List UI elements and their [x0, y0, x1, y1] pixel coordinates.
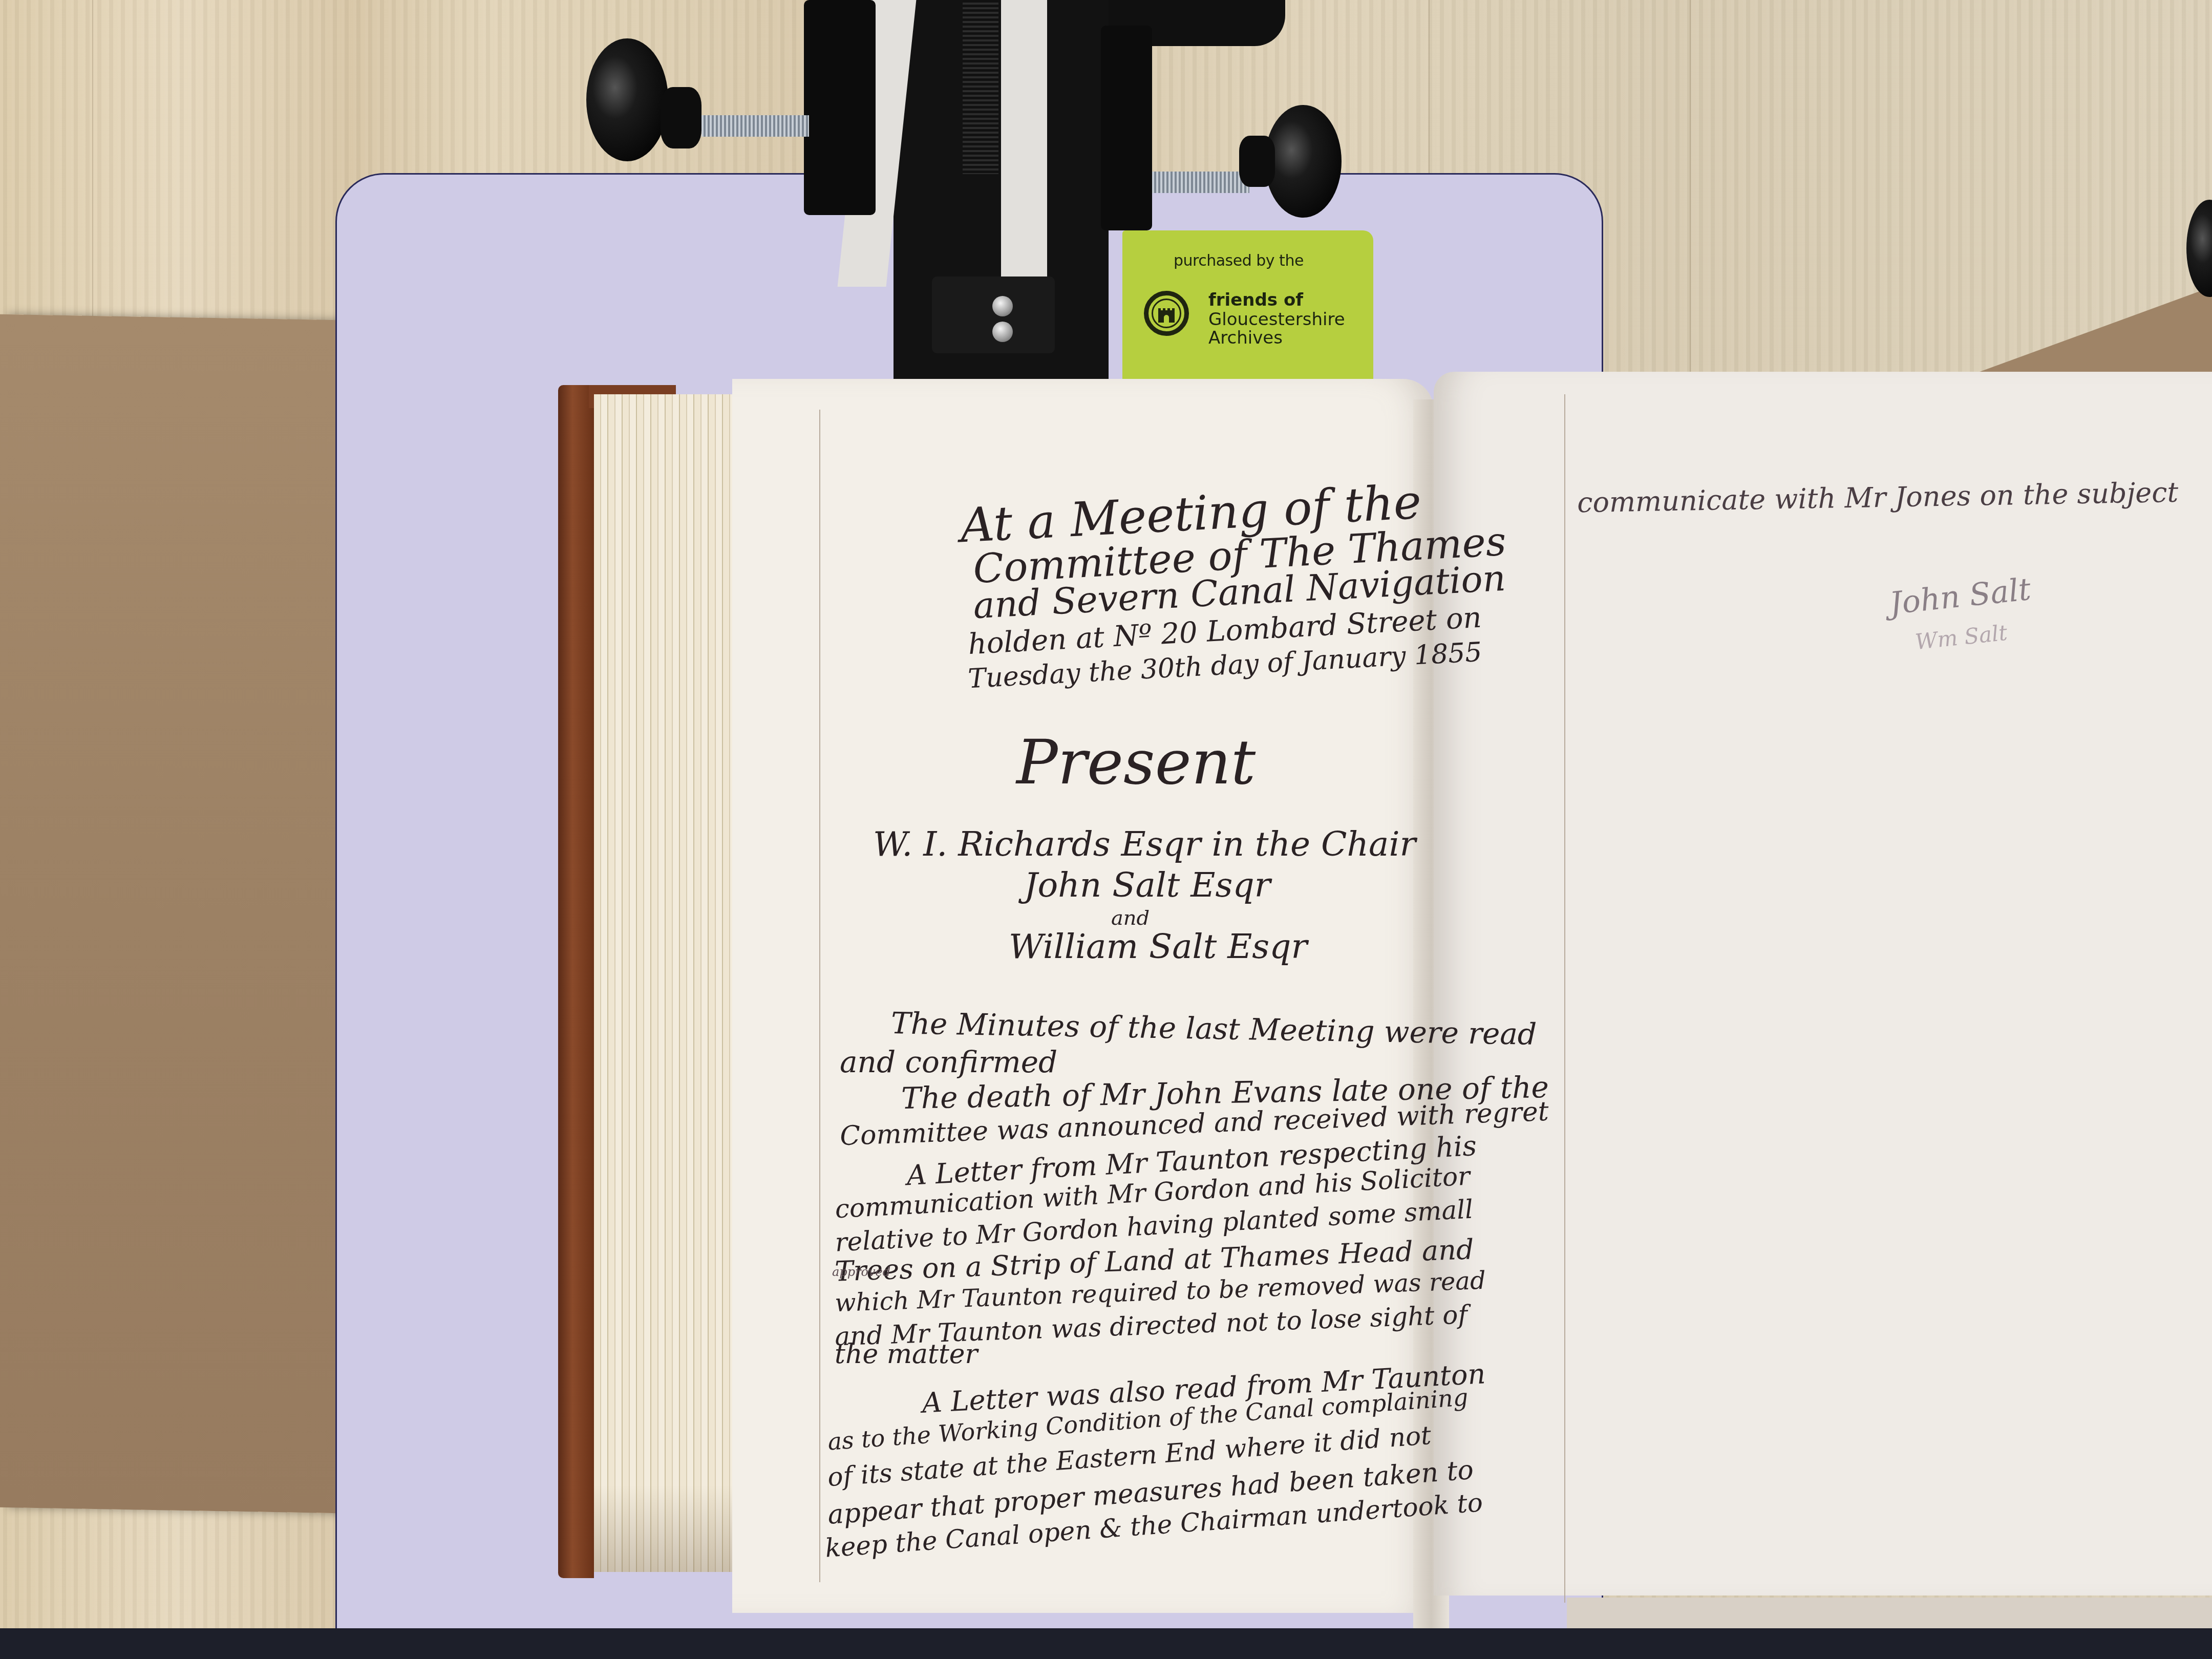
clamp-knob-right[interactable] — [1265, 105, 1342, 218]
right-page-margin-rule — [1564, 394, 1565, 1603]
present-heading: Present — [1016, 727, 1256, 798]
archive-box-left — [0, 314, 369, 1514]
label-archives-text: Archives — [1208, 329, 1283, 347]
label-friends-text: friends of — [1208, 291, 1303, 309]
donor-label: purchased by the friends of Gloucestersh… — [1122, 230, 1373, 379]
page-stack-shadow — [594, 1485, 748, 1572]
attendee-chair: W. I. Richards Esqr in the Chair — [873, 824, 1416, 864]
page-stack — [594, 394, 737, 1572]
right-page — [1434, 372, 2212, 1596]
attendee: William Salt Esqr — [1009, 927, 1307, 966]
bolt-head — [992, 322, 1013, 342]
minutes-line: the matter — [835, 1339, 977, 1370]
stand-foot-plate — [932, 276, 1055, 353]
castle-icon — [1158, 304, 1175, 323]
castle-seal-icon — [1144, 291, 1189, 336]
label-gloucestershire-text: Gloucestershire — [1208, 310, 1345, 329]
desk-seam — [1690, 0, 1691, 410]
copy-stand-rack — [963, 0, 998, 174]
clamp-block-left — [804, 0, 876, 215]
copy-stand-rail — [1001, 0, 1047, 287]
left-page-margin-rule — [819, 410, 820, 1582]
clamp-screw-left — [701, 115, 809, 137]
attendee: John Salt Esqr — [1024, 865, 1270, 905]
bolt-head — [992, 296, 1013, 316]
book-cover-spine — [558, 385, 594, 1578]
clamp-screw-right — [1152, 172, 1249, 193]
floor-shadow — [0, 1628, 2212, 1659]
clamp-knob-hub — [1239, 136, 1275, 187]
clamp-knob-hub — [661, 87, 701, 148]
interlinear-insertion: approved — [832, 1265, 890, 1279]
minutes-line: and confirmed — [840, 1045, 1057, 1079]
clamp-knob-left[interactable] — [586, 38, 668, 161]
clamp-block-right — [1101, 26, 1152, 230]
label-purchased-text: purchased by the — [1174, 252, 1304, 270]
